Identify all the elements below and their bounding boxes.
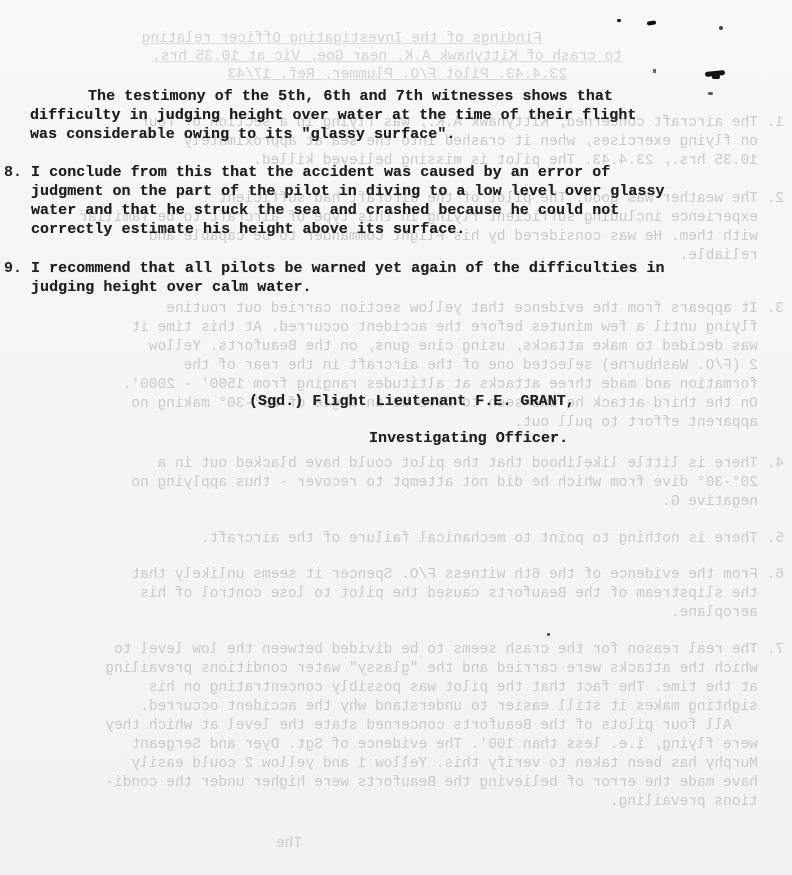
ink-speck <box>617 19 621 22</box>
bleed-line: 6. From the evidence of the 6th witness … <box>131 566 784 585</box>
ink-speck <box>653 69 656 73</box>
paragraph-9-line: I recommend that all pilots be warned ye… <box>31 260 665 279</box>
paragraph-number: 9. <box>4 260 22 279</box>
bleed-line: 5. There is nothing to point to mechanic… <box>201 530 784 549</box>
bleed-line: flying until a few minutes before the ac… <box>131 319 784 338</box>
bleed-line: 4. There is little likelihood that the p… <box>157 455 784 474</box>
bleed-line: 7. The real reason for the crash seems t… <box>114 641 784 660</box>
paragraph-8-line: I conclude from this that the accident w… <box>31 164 610 183</box>
bleed-header-line: Findings of the Investigating Officer re… <box>142 30 542 49</box>
paragraph-8-line: judgment on the part of the pilot in div… <box>31 183 665 202</box>
ink-speck <box>708 92 713 95</box>
bleed-line: All four pilots of the Beauforts concern… <box>105 717 784 736</box>
signature-title: Investigating Officer. <box>369 430 568 449</box>
bleed-header-line: 23.4.43. Pilot F/O. Plummer, Ref. 17/43 <box>228 66 567 85</box>
bleed-line: were flying, i.e. less than 100'. The ev… <box>131 736 784 755</box>
intro-paragraph-line: difficulty in judging height over water … <box>30 107 636 126</box>
bleed-line: reliable. <box>680 247 784 266</box>
intro-paragraph-line: was considerable owing to its "glassy su… <box>30 126 455 145</box>
bleed-line: 3. It appears from the evidence that yel… <box>166 300 784 319</box>
ink-speck <box>547 633 550 636</box>
bleed-line: sighting makes it still easier to unders… <box>140 698 784 717</box>
document-page: Findings of the Investigating Officer re… <box>0 0 792 875</box>
bleed-line: which the attacks were carried and the "… <box>105 660 784 679</box>
bleed-line: 2 (F/O. Washburne) selected one of the a… <box>184 357 784 376</box>
bleed-line: formation and made three attacks at alti… <box>123 376 784 395</box>
paragraph-8-line: correctly estimate his height above its … <box>31 221 465 240</box>
bleed-line: have made the error of believing the Bea… <box>105 774 784 793</box>
ink-speck <box>647 20 656 25</box>
bleed-footer: The <box>276 835 302 854</box>
ink-speck <box>712 75 720 79</box>
bleed-line: was decided to make attacks, using cine … <box>149 338 784 357</box>
bleed-line: negative G. <box>662 493 784 512</box>
bleed-line: tions prevailing. <box>610 793 784 812</box>
bleed-header-line: to crash of Kittyhawk A.K. near Goe, Vic… <box>152 48 622 67</box>
ink-speck <box>719 26 723 30</box>
paragraph-number: 8. <box>4 164 22 183</box>
bleed-line: at the time. The fact that the pilot was… <box>149 679 784 698</box>
bleed-line: Murphy has been taken to verify this. Ye… <box>131 755 784 774</box>
bleed-line: aeroplane. <box>671 604 784 623</box>
intro-paragraph-line: The testimony of the 5th, 6th and 7th wi… <box>88 88 613 107</box>
bleed-line: the slipstream of the Beauforts caused t… <box>140 585 784 604</box>
paragraph-8-line: water and that he struck the sea and cra… <box>31 202 619 221</box>
bleed-line: 20°-30° dive from which he did not attem… <box>131 474 784 493</box>
signature-name: (Sgd.) Flight Lieutenant F.E. GRANT, <box>249 393 575 412</box>
paragraph-9-line: judging height over calm water. <box>31 279 312 298</box>
